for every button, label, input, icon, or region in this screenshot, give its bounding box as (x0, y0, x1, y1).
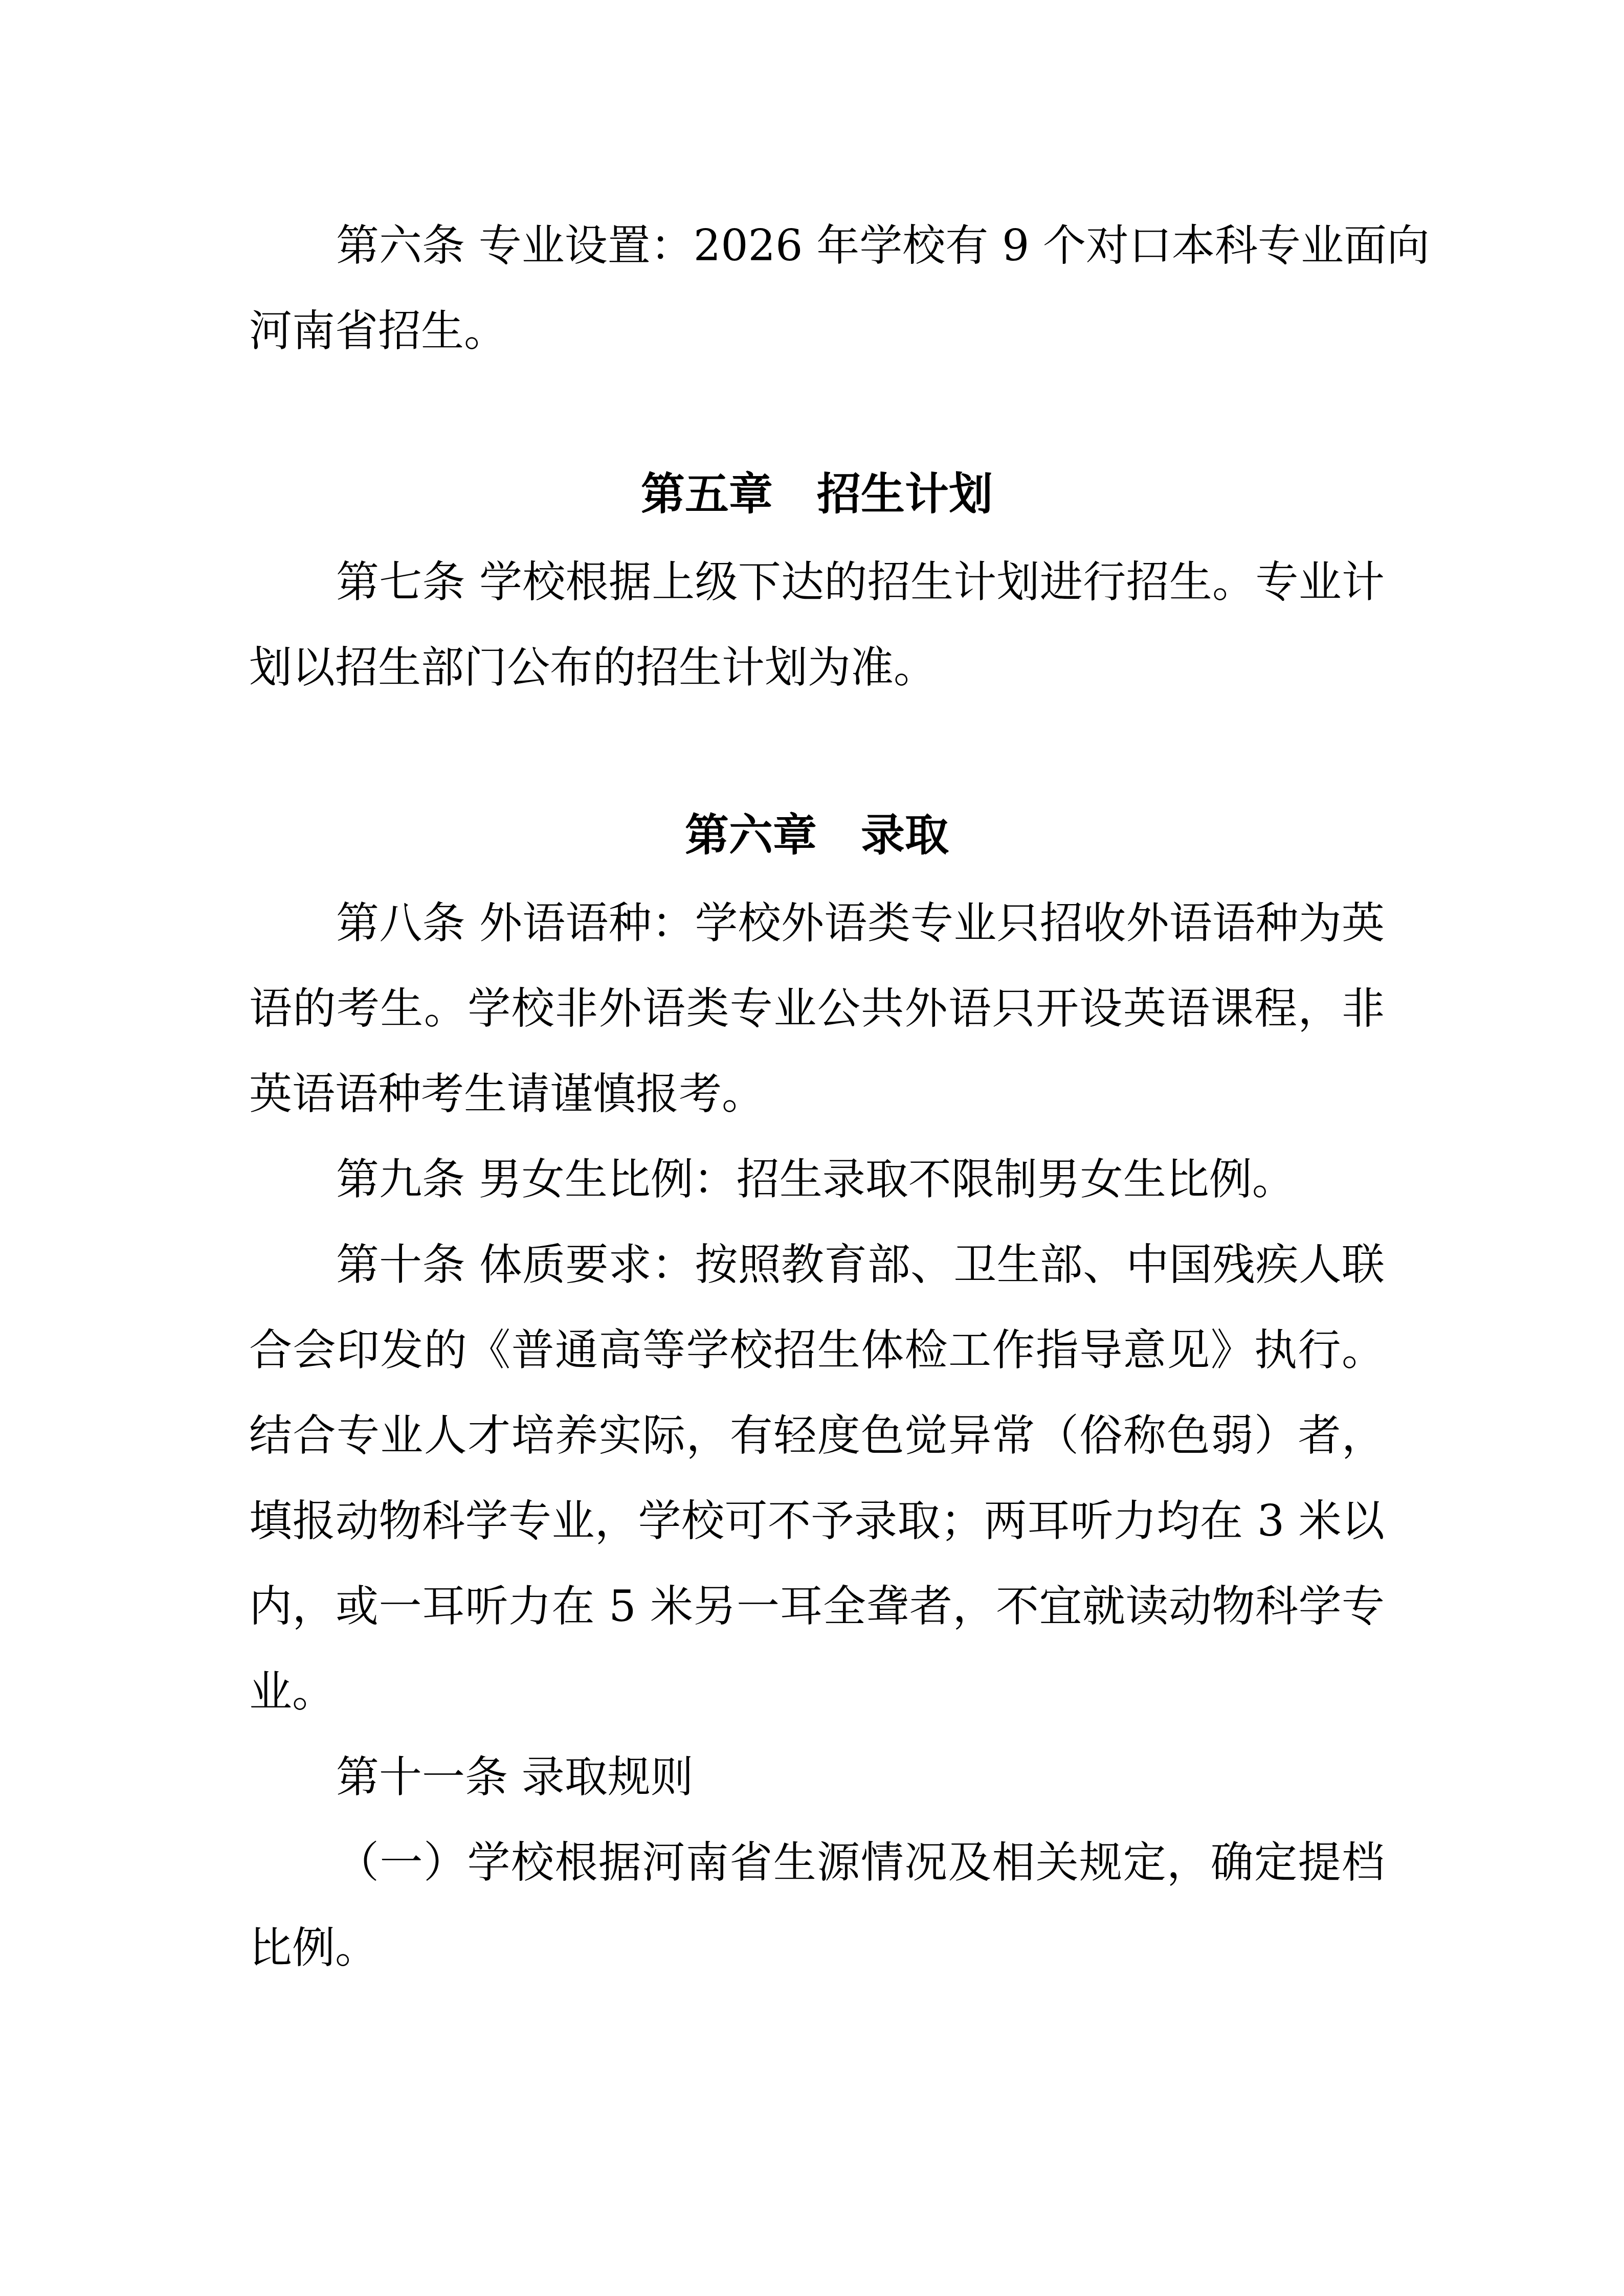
article-6-line-2: 河南省招生。 (249, 288, 1385, 374)
article-8-line-1: 第八条 外语语种：学校外语类专业只招收外语语种为英 (336, 881, 1385, 966)
article-10-line-3: 结合专业人才培养实际，有轻度色觉异常（俗称色弱）者， (249, 1393, 1385, 1478)
chapter-6-heading: 第六章 录取 (249, 793, 1385, 879)
article-10-line-2: 合会印发的《普通高等学校招生体检工作指导意见》执行。 (249, 1308, 1385, 1393)
article-11-item-1-line-2: 比例。 (249, 1905, 1385, 1991)
article-8-line-3: 英语语种考生请谨慎报考。 (249, 1051, 1385, 1137)
article-9-line-1: 第九条 男女生比例：招生录取不限制男女生比例。 (336, 1137, 1385, 1222)
article-10-line-1: 第十条 体质要求：按照教育部、卫生部、中国残疾人联 (336, 1222, 1385, 1308)
article-8-line-2: 语的考生。学校非外语类专业公共外语只开设英语课程，非 (249, 966, 1385, 1051)
document-page: 第六条 专业设置：2026 年学校有 9 个对口本科专业面向 河南省招生。 第五… (0, 0, 1624, 2296)
article-11-item-1-line-1: （一）学校根据河南省生源情况及相关规定，确定提档 (336, 1820, 1385, 1905)
article-10-line-4: 填报动物科学专业，学校可不予录取；两耳听力均在 3 米以 (249, 1478, 1385, 1564)
chapter-5-heading: 第五章 招生计划 (249, 452, 1385, 537)
article-10-line-5: 内，或一耳听力在 5 米另一耳全聋者，不宜就读动物科学专 (249, 1564, 1385, 1649)
article-10-line-6: 业。 (249, 1649, 1385, 1735)
article-6-line-1: 第六条 专业设置：2026 年学校有 9 个对口本科专业面向 (336, 203, 1385, 288)
article-7-line-1: 第七条 学校根据上级下达的招生计划进行招生。专业计 (336, 539, 1385, 625)
article-7-line-2: 划以招生部门公布的招生计划为准。 (249, 625, 1385, 710)
article-11-title: 第十一条 录取规则 (336, 1735, 1385, 1820)
